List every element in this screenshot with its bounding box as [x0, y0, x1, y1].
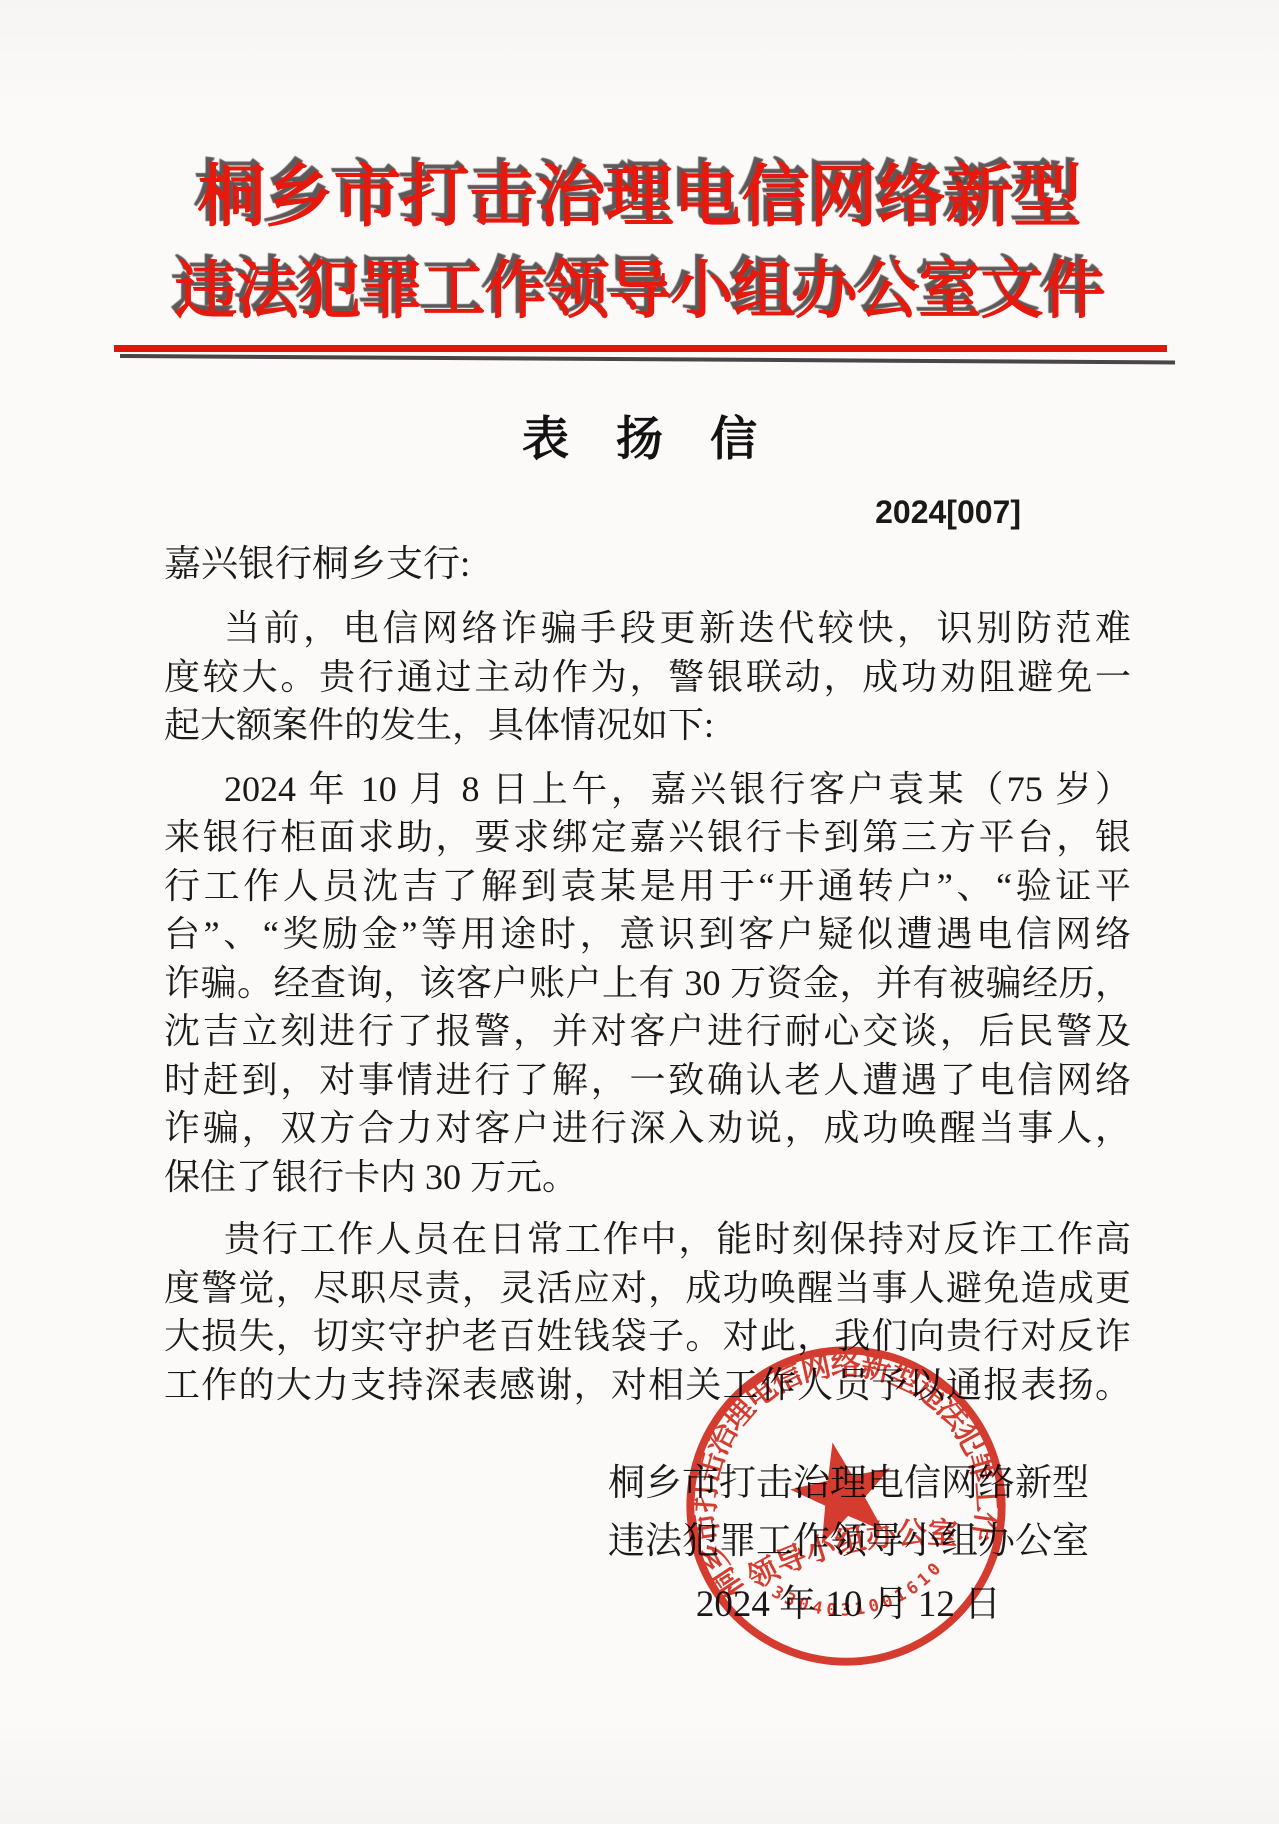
salutation: 嘉兴银行桐乡支行:: [164, 542, 1131, 588]
signature-org-line2: 违法犯罪工作领导小组办公室: [608, 1513, 1089, 1571]
paragraph-line: 度警觉，尽职尽责，灵活应对，成功唤醒当事人避免造成更: [164, 1264, 1131, 1313]
paragraph-line: 大损失，切实守护老百姓钱袋子。对此，我们向贵行对反诈: [164, 1312, 1131, 1361]
signature-org-line1: 桐乡市打击治理电信网络新型: [608, 1455, 1089, 1513]
paragraph-line: 来银行柜面求助，要求绑定嘉兴银行卡到第三方平台，银: [164, 813, 1131, 862]
letterhead: 桐乡市打击治理电信网络新型 违法犯罪工作领导小组办公室文件: [0, 150, 1279, 337]
paragraph-line: 诈骗。经查询，该客户账户上有 30 万资金，并有被骗经历，: [164, 959, 1131, 1008]
paragraph-line: 行工作人员沈吉了解到袁某是用于“开通转户”、“验证平: [164, 862, 1131, 911]
letter-page: 桐乡市打击治理电信网络新型 违法犯罪工作领导小组办公室文件 表 扬 信 2024…: [0, 0, 1279, 1824]
paragraph-line: 当前，电信网络诈骗手段更新迭代较快，识别防范难: [164, 604, 1131, 653]
letterhead-line1: 桐乡市打击治理电信网络新型: [0, 150, 1279, 245]
letterhead-line2: 违法犯罪工作领导小组办公室文件: [0, 245, 1279, 337]
paragraph-line: 度较大。贵行通过主动作为，警银联动，成功劝阻避免一: [164, 653, 1131, 702]
letter-body: 2024[007] 嘉兴银行桐乡支行: 当前，电信网络诈骗手段更新迭代较快，识别…: [0, 494, 1279, 1629]
signature-block: 桐乡市打击治理电信网络新型 违法犯罪工作领导小组办公室 2024 年 10 月 …: [608, 1455, 1089, 1629]
paragraph-line: 诈骗，双方合力对客户进行深入劝说，成功唤醒当事人，: [164, 1104, 1131, 1153]
document-number: 2024[007]: [164, 494, 1131, 530]
paragraph-line: 工作的大力支持深表感谢，对相关工作人员予以通报表扬。: [164, 1361, 1131, 1410]
letterhead-shadow-rule: [120, 354, 1175, 364]
paragraph-line: 时赶到，对事情进行了解，一致确认老人遭遇了电信网络: [164, 1056, 1131, 1105]
paragraph-line: 沈吉立刻进行了报警，并对客户进行耐心交谈，后民警及: [164, 1007, 1131, 1056]
paragraph-line: 贵行工作人员在日常工作中，能时刻保持对反诈工作高: [164, 1215, 1131, 1264]
paragraph-line: 保住了银行卡内 30 万元。: [164, 1153, 1131, 1202]
paragraph-1: 当前，电信网络诈骗手段更新迭代较快，识别防范难 度较大。贵行通过主动作为，警银联…: [164, 604, 1131, 750]
signature-date: 2024 年 10 月 12 日: [608, 1581, 1089, 1629]
paragraph-line: 起大额案件的发生，具体情况如下:: [164, 701, 1131, 750]
letterhead-red-rule: [114, 345, 1167, 352]
paragraph-2: 2024 年 10 月 8 日上午，嘉兴银行客户袁某（75 岁） 来银行柜面求助…: [164, 765, 1131, 1202]
letter-title: 表 扬 信: [0, 414, 1279, 466]
paragraph-3: 贵行工作人员在日常工作中，能时刻保持对反诈工作高 度警觉，尽职尽责，灵活应对，成…: [164, 1215, 1131, 1409]
paragraph-line: 2024 年 10 月 8 日上午，嘉兴银行客户袁某（75 岁）: [164, 765, 1131, 814]
paragraph-line: 台”、“奖励金”等用途时，意识到客户疑似遭遇电信网络: [164, 910, 1131, 959]
